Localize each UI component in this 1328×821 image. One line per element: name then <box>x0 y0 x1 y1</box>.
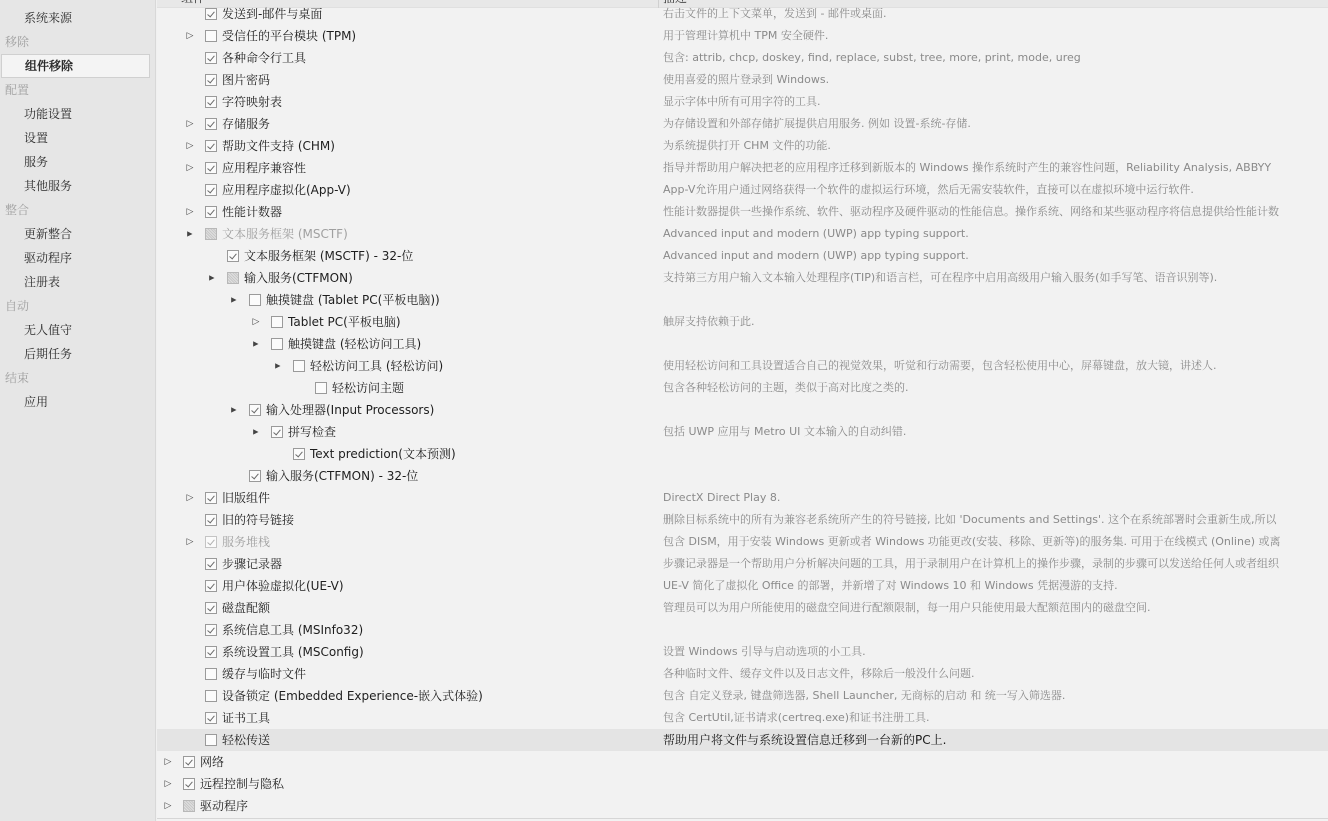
sidebar-item[interactable]: 注册表 <box>0 270 156 294</box>
component-name: 用户体验虚拟化(UE-V) <box>222 575 344 597</box>
component-checkbox[interactable] <box>249 294 261 306</box>
component-description: 为存储设置和外部存储扩展提供启用服务. 例如 设置-系统-存储. <box>663 113 971 135</box>
component-description: 为系统提供打开 CHM 文件的功能. <box>663 135 831 157</box>
component-description: Advanced input and modern (UWP) app typi… <box>663 223 969 245</box>
collapsed-triangle-icon[interactable]: ▷ <box>163 795 173 817</box>
component-checkbox[interactable] <box>227 250 239 262</box>
component-checkbox[interactable] <box>183 800 195 812</box>
sidebar-group-label: 移除 <box>0 30 156 54</box>
component-checkbox[interactable] <box>293 448 305 460</box>
component-description: 各种临时文件、缓存文件以及日志文件，移除后一般没什么问题. <box>663 663 975 685</box>
component-checkbox[interactable] <box>205 558 217 570</box>
component-name: 输入处理器(Input Processors) <box>266 399 434 421</box>
component-checkbox[interactable] <box>205 140 217 152</box>
tree-row[interactable]: 各种命令行工具包含: attrib, chcp, doskey, find, r… <box>157 47 1328 69</box>
component-checkbox[interactable] <box>271 316 283 328</box>
expanded-triangle-icon[interactable]: ▲ <box>245 427 267 437</box>
tree-row[interactable]: 系统信息工具 (MSInfo32) <box>157 619 1328 641</box>
component-name: 步骤记录器 <box>222 553 282 575</box>
component-description: 包括 UWP 应用与 Metro UI 文本输入的自动纠错. <box>663 421 906 443</box>
tree-row[interactable]: ▲拼写检查包括 UWP 应用与 Metro UI 文本输入的自动纠错. <box>157 421 1328 443</box>
component-checkbox[interactable] <box>205 712 217 724</box>
component-description: 右击文件的上下文菜单，发送到 - 邮件或桌面. <box>663 3 886 25</box>
component-description: 用于管理计算机中 TPM 安全硬件. <box>663 25 828 47</box>
collapsed-triangle-icon[interactable]: ▷ <box>185 25 195 47</box>
tree-row[interactable]: ▷Tablet PC(平板电脑)触屏支持依赖于此. <box>157 311 1328 333</box>
tree-row[interactable]: ▲触摸键盘 (轻松访问工具) <box>157 333 1328 355</box>
component-description: 包含 CertUtil,证书请求(certreq.exe)和证书注册工具. <box>663 707 930 729</box>
component-name: 服务堆栈 <box>222 531 270 553</box>
tree-row[interactable]: 系统设置工具 (MSConfig)设置 Windows 引导与启动选项的小工具. <box>157 641 1328 663</box>
component-description: Advanced input and modern (UWP) app typi… <box>663 245 969 267</box>
component-description: 包含: attrib, chcp, doskey, find, replace,… <box>663 47 1081 69</box>
component-description: 显示字体中所有可用字符的工具. <box>663 91 821 113</box>
component-name: 轻松访问工具 (轻松访问) <box>310 355 443 377</box>
component-checkbox[interactable] <box>205 580 217 592</box>
component-checkbox[interactable] <box>205 536 217 548</box>
component-name: 各种命令行工具 <box>222 47 306 69</box>
sidebar-item[interactable]: 系统来源 <box>0 6 156 30</box>
component-name: 拼写检查 <box>288 421 336 443</box>
component-name: 输入服务(CTFMON) - 32-位 <box>266 465 418 487</box>
component-name: 输入服务(CTFMON) <box>244 267 353 289</box>
component-description: 性能计数器提供一些操作系统、软件、驱动程序及硬件驱动的性能信息。操作系统、网络和… <box>663 201 1279 223</box>
component-checkbox[interactable] <box>205 514 217 526</box>
component-description: 帮助用户将文件与系统设置信息迁移到一台新的PC上. <box>663 729 946 751</box>
component-checkbox[interactable] <box>205 228 217 240</box>
collapsed-triangle-icon[interactable]: ▷ <box>163 751 173 773</box>
sidebar-item[interactable]: 应用 <box>0 390 156 414</box>
component-name: 驱动程序 <box>200 795 248 817</box>
tree-row[interactable]: 应用程序虚拟化(App-V)App-V允许用户通过网络获得一个软件的虚拟运行环境… <box>157 179 1328 201</box>
component-checkbox[interactable] <box>249 470 261 482</box>
tree-row[interactable]: ▲输入服务(CTFMON)支持第三方用户输入文本输入处理程序(TIP)和语言栏，… <box>157 267 1328 289</box>
collapsed-triangle-icon[interactable]: ▷ <box>185 157 195 179</box>
panel-bottom-border <box>157 818 1328 819</box>
component-name: 存储服务 <box>222 113 270 135</box>
component-name: Text prediction(文本预测) <box>310 443 456 465</box>
component-checkbox[interactable] <box>271 426 283 438</box>
tree-row[interactable]: 输入服务(CTFMON) - 32-位 <box>157 465 1328 487</box>
component-description: 指导并帮助用户解决把老的应用程序迁移到新版本的 Windows 操作系统时产生的… <box>663 157 1271 179</box>
component-name: 设备锁定 (Embedded Experience-嵌入式体验) <box>222 685 483 707</box>
component-name: 应用程序虚拟化(App-V) <box>222 179 351 201</box>
component-checkbox[interactable] <box>205 162 217 174</box>
expanded-triangle-icon[interactable]: ▲ <box>201 273 223 283</box>
collapsed-triangle-icon[interactable]: ▷ <box>185 201 195 223</box>
sidebar-group-label: 整合 <box>0 198 156 222</box>
tree-row[interactable]: ▲轻松访问工具 (轻松访问)使用轻松访问和工具设置适合自己的视觉效果，听觉和行动… <box>157 355 1328 377</box>
tree-row[interactable]: 证书工具包含 CertUtil,证书请求(certreq.exe)和证书注册工具… <box>157 707 1328 729</box>
component-name: 证书工具 <box>222 707 270 729</box>
sidebar-nav: 系统来源移除组件移除配置功能设置设置服务其他服务整合更新整合驱动程序注册表自动无… <box>0 0 156 821</box>
component-name: 旧的符号链接 <box>222 509 294 531</box>
component-name: 缓存与临时文件 <box>222 663 306 685</box>
component-checkbox[interactable] <box>227 272 239 284</box>
component-description: 使用轻松访问和工具设置适合自己的视觉效果，听觉和行动需要，包含轻松使用中心，屏幕… <box>663 355 1217 377</box>
component-name: 发送到-邮件与桌面 <box>222 3 322 25</box>
tree-row[interactable]: ▷服务堆栈包含 DISM，用于安装 Windows 更新或者 Windows 功… <box>157 531 1328 553</box>
tree-row[interactable]: 发送到-邮件与桌面右击文件的上下文菜单，发送到 - 邮件或桌面. <box>157 3 1328 25</box>
component-name: 系统信息工具 (MSInfo32) <box>222 619 363 641</box>
sidebar-group-label: 配置 <box>0 78 156 102</box>
expanded-triangle-icon[interactable]: ▲ <box>179 229 201 239</box>
component-checkbox[interactable] <box>205 668 217 680</box>
tree-row[interactable]: ▷旧版组件DirectX Direct Play 8. <box>157 487 1328 509</box>
component-checkbox[interactable] <box>205 184 217 196</box>
component-checkbox[interactable] <box>205 30 217 42</box>
component-description: 触屏支持依赖于此. <box>663 311 755 333</box>
sidebar-group-label: 结束 <box>0 366 156 390</box>
component-description: UE-V 简化了虚拟化 Office 的部署，并新增了对 Windows 10 … <box>663 575 1118 597</box>
component-checkbox[interactable] <box>205 624 217 636</box>
component-checkbox[interactable] <box>183 778 195 790</box>
sidebar-item[interactable]: 服务 <box>0 150 156 174</box>
component-checkbox[interactable] <box>205 8 217 20</box>
component-name: 触摸键盘 (轻松访问工具) <box>288 333 421 355</box>
component-description: 步骤记录器是一个帮助用户分析解决问题的工具，用于录制用户在计算机上的操作步骤，录… <box>663 553 1279 575</box>
component-checkbox[interactable] <box>205 206 217 218</box>
tree-row[interactable]: 轻松传送帮助用户将文件与系统设置信息迁移到一台新的PC上. <box>157 729 1328 751</box>
tree-row[interactable]: ▲输入处理器(Input Processors) <box>157 399 1328 421</box>
sidebar-item[interactable]: 功能设置 <box>0 102 156 126</box>
component-name: 系统设置工具 (MSConfig) <box>222 641 364 663</box>
tree-row[interactable]: 用户体验虚拟化(UE-V)UE-V 简化了虚拟化 Office 的部署，并新增了… <box>157 575 1328 597</box>
tree-row[interactable]: Text prediction(文本预测) <box>157 443 1328 465</box>
component-name: 帮助文件支持 (CHM) <box>222 135 335 157</box>
expanded-triangle-icon[interactable]: ▲ <box>267 361 289 371</box>
sidebar-group-label: 自动 <box>0 294 156 318</box>
tree-row[interactable]: ▲文本服务框架 (MSCTF)Advanced input and modern… <box>157 223 1328 245</box>
tree-row[interactable]: 文本服务框架 (MSCTF) - 32-位Advanced input and … <box>157 245 1328 267</box>
expanded-triangle-icon[interactable]: ▲ <box>223 295 245 305</box>
component-name: Tablet PC(平板电脑) <box>288 311 401 333</box>
component-name: 网络 <box>200 751 224 773</box>
component-tree-panel: 组件 描述 发送到-邮件与桌面右击文件的上下文菜单，发送到 - 邮件或桌面.▷受… <box>157 0 1328 821</box>
component-description: App-V允许用户通过网络获得一个软件的虚拟运行环境，然后无需安装软件，直接可以… <box>663 179 1194 201</box>
tree-row[interactable]: ▷网络 <box>157 751 1328 773</box>
component-name: 文本服务框架 (MSCTF) <box>222 223 348 245</box>
component-name: 磁盘配额 <box>222 597 270 619</box>
tree-row[interactable]: 磁盘配额管理员可以为用户所能使用的磁盘空间进行配额限制，每一用户只能使用最大配额… <box>157 597 1328 619</box>
expanded-triangle-icon[interactable]: ▲ <box>223 405 245 415</box>
tree-row[interactable]: ▷帮助文件支持 (CHM)为系统提供打开 CHM 文件的功能. <box>157 135 1328 157</box>
component-name: 受信任的平台模块 (TPM) <box>222 25 356 47</box>
sidebar-item[interactable]: 其他服务 <box>0 174 156 198</box>
sidebar-item[interactable]: 组件移除 <box>1 54 150 78</box>
component-checkbox[interactable] <box>205 646 217 658</box>
tree-row[interactable]: ▷存储服务为存储设置和外部存储扩展提供启用服务. 例如 设置-系统-存储. <box>157 113 1328 135</box>
tree-row[interactable]: ▷驱动程序 <box>157 795 1328 817</box>
tree-row[interactable]: 旧的符号链接删除目标系统中的所有为兼容老系统所产生的符号链接, 比如 'Docu… <box>157 509 1328 531</box>
tree-row[interactable]: 字符映射表显示字体中所有可用字符的工具. <box>157 91 1328 113</box>
component-description: DirectX Direct Play 8. <box>663 487 780 509</box>
component-name: 应用程序兼容性 <box>222 157 306 179</box>
component-description: 删除目标系统中的所有为兼容老系统所产生的符号链接, 比如 'Documents … <box>663 509 1277 531</box>
component-checkbox[interactable] <box>205 690 217 702</box>
expanded-triangle-icon[interactable]: ▲ <box>245 339 267 349</box>
component-checkbox[interactable] <box>183 756 195 768</box>
component-checkbox[interactable] <box>205 602 217 614</box>
component-name: 轻松访问主题 <box>332 377 404 399</box>
tree-row[interactable]: ▷应用程序兼容性指导并帮助用户解决把老的应用程序迁移到新版本的 Windows … <box>157 157 1328 179</box>
component-description: 设置 Windows 引导与启动选项的小工具. <box>663 641 866 663</box>
component-checkbox[interactable] <box>205 734 217 746</box>
component-description: 支持第三方用户输入文本输入处理程序(TIP)和语言栏，可在程序中启用高级用户输入… <box>663 267 1217 289</box>
component-checkbox[interactable] <box>315 382 327 394</box>
tree-row[interactable]: 缓存与临时文件各种临时文件、缓存文件以及日志文件，移除后一般没什么问题. <box>157 663 1328 685</box>
component-checkbox[interactable] <box>205 52 217 64</box>
component-name: 远程控制与隐私 <box>200 773 284 795</box>
component-checkbox[interactable] <box>249 404 261 416</box>
sidebar-item[interactable]: 无人值守 <box>0 318 156 342</box>
collapsed-triangle-icon[interactable]: ▷ <box>185 487 195 509</box>
component-name: 轻松传送 <box>222 729 270 751</box>
sidebar-item[interactable]: 后期任务 <box>0 342 156 366</box>
component-checkbox[interactable] <box>293 360 305 372</box>
tree-row[interactable]: ▷受信任的平台模块 (TPM)用于管理计算机中 TPM 安全硬件. <box>157 25 1328 47</box>
tree-row[interactable]: 步骤记录器步骤记录器是一个帮助用户分析解决问题的工具，用于录制用户在计算机上的操… <box>157 553 1328 575</box>
component-name: 旧版组件 <box>222 487 270 509</box>
sidebar-item[interactable]: 设置 <box>0 126 156 150</box>
collapsed-triangle-icon[interactable]: ▷ <box>185 113 195 135</box>
sidebar-item[interactable]: 驱动程序 <box>0 246 156 270</box>
collapsed-triangle-icon[interactable]: ▷ <box>163 773 173 795</box>
component-checkbox[interactable] <box>205 118 217 130</box>
component-name: 文本服务框架 (MSCTF) - 32-位 <box>244 245 413 267</box>
component-checkbox[interactable] <box>205 492 217 504</box>
tree-row[interactable]: 图片密码使用喜爱的照片登录到 Windows. <box>157 69 1328 91</box>
component-name: 性能计数器 <box>222 201 282 223</box>
component-description: 管理员可以为用户所能使用的磁盘空间进行配额限制，每一用户只能使用最大配额范围内的… <box>663 597 1151 619</box>
component-name: 字符映射表 <box>222 91 282 113</box>
component-description: 包含各种轻松访问的主题，类似于高对比度之类的. <box>663 377 909 399</box>
component-checkbox[interactable] <box>205 96 217 108</box>
tree-row[interactable]: ▷性能计数器性能计数器提供一些操作系统、软件、驱动程序及硬件驱动的性能信息。操作… <box>157 201 1328 223</box>
tree-row[interactable]: 设备锁定 (Embedded Experience-嵌入式体验)包含 自定义登录… <box>157 685 1328 707</box>
component-checkbox[interactable] <box>205 74 217 86</box>
sidebar-item[interactable]: 更新整合 <box>0 222 156 246</box>
tree-row[interactable]: ▲触摸键盘 (Tablet PC(平板电脑)) <box>157 289 1328 311</box>
collapsed-triangle-icon[interactable]: ▷ <box>185 531 195 553</box>
tree-row[interactable]: 轻松访问主题包含各种轻松访问的主题，类似于高对比度之类的. <box>157 377 1328 399</box>
component-description: 使用喜爱的照片登录到 Windows. <box>663 69 829 91</box>
component-description: 包含 DISM，用于安装 Windows 更新或者 Windows 功能更改(安… <box>663 531 1281 553</box>
tree-row[interactable]: ▷远程控制与隐私 <box>157 773 1328 795</box>
component-checkbox[interactable] <box>271 338 283 350</box>
collapsed-triangle-icon[interactable]: ▷ <box>251 311 261 333</box>
component-name: 图片密码 <box>222 69 270 91</box>
component-name: 触摸键盘 (Tablet PC(平板电脑)) <box>266 289 440 311</box>
collapsed-triangle-icon[interactable]: ▷ <box>185 135 195 157</box>
component-description: 包含 自定义登录, 键盘筛选器, Shell Launcher, 无商标的启动 … <box>663 685 1065 707</box>
